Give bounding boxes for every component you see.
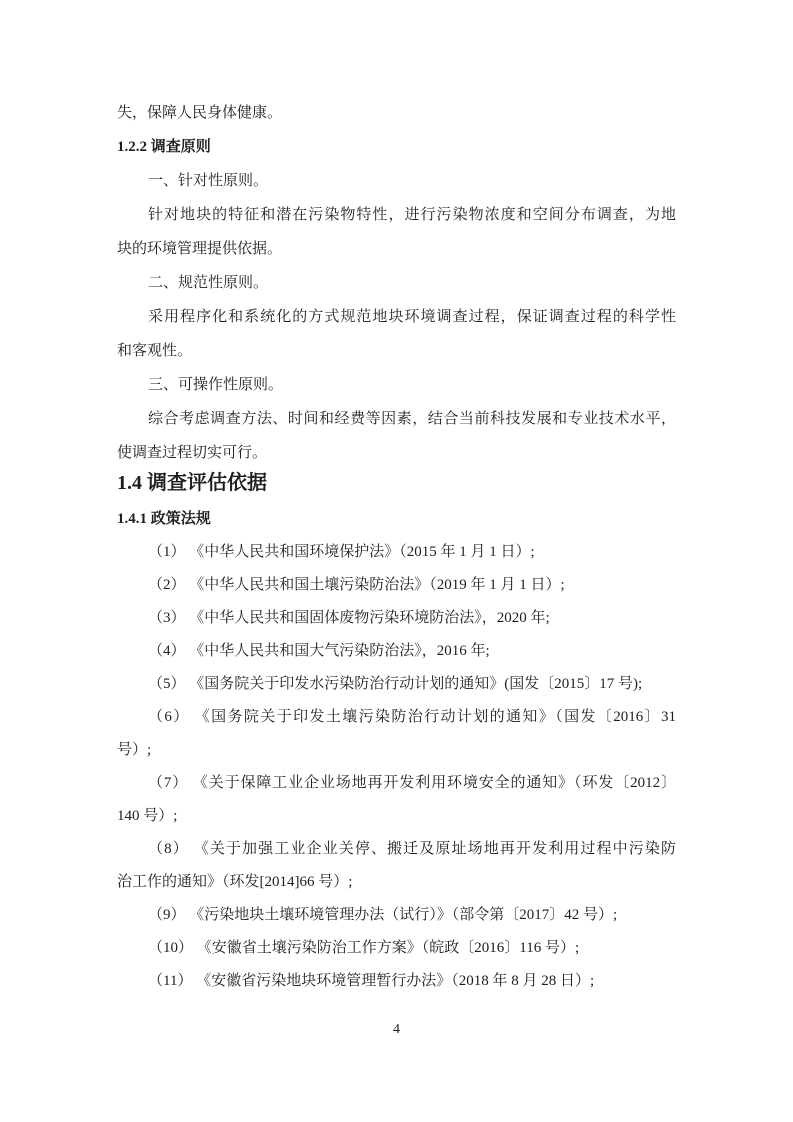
body-line: 针对地块的特征和潜在污染物特性，进行污染物浓度和空间分布调查，为地 [117, 198, 676, 232]
body-line: 和客观性。 [117, 334, 676, 368]
list-item: （10） 《安徽省土壤污染防治工作方案》（皖政〔2016〕116 号）; [117, 932, 676, 965]
list-item: （3） 《中华人民共和国固体废物污染环境防治法》，2020 年; [117, 602, 676, 635]
list-item: （2） 《中华人民共和国土壤污染防治法》（2019 年 1 月 1 日）; [117, 569, 676, 602]
body-line: 三、可操作性原则。 [117, 368, 676, 402]
list-item: （7） 《关于保障工业企业场地再开发利用环境安全的通知》（环发〔2012〕 [117, 767, 676, 800]
list-item: （1） 《中华人民共和国环境保护法》（2015 年 1 月 1 日）; [117, 536, 676, 569]
heading-1-2-2: 1.2.2 调查原则 [117, 130, 676, 164]
list-item-continued: 号）; [117, 734, 676, 767]
heading-1-4: 1.4 调查评估依据 [117, 464, 676, 502]
document-page: 失，保障人民身体健康。1.2.2 调查原则一、针对性原则。针对地块的特征和潜在污… [0, 0, 793, 1122]
list-item-continued: 治工作的通知》（环发[2014]66 号）; [117, 866, 676, 899]
list-item: （11） 《安徽省污染地块环境管理暂行办法》（2018 年 8 月 28 日）; [117, 965, 676, 998]
list-item: （6） 《国务院关于印发土壤污染防治行动计划的通知》（国发〔2016〕31 [117, 701, 676, 734]
body-line: 采用程序化和系统化的方式规范地块环境调查过程，保证调查过程的科学性 [117, 300, 676, 334]
body-line: 二、规范性原则。 [117, 266, 676, 300]
body-line: 失，保障人民身体健康。 [117, 96, 676, 130]
heading-1-4-1: 1.4.1 政策法规 [117, 502, 676, 536]
body-line: 一、针对性原则。 [117, 164, 676, 198]
content: 失，保障人民身体健康。1.2.2 调查原则一、针对性原则。针对地块的特征和潜在污… [117, 96, 676, 998]
body-line: 综合考虑调查方法、时间和经费等因素，结合当前科技发展和专业技术水平， [117, 402, 676, 436]
page-number: 4 [117, 1020, 676, 1040]
body-line: 块的环境管理提供依据。 [117, 232, 676, 266]
list-item: （5） 《国务院关于印发水污染防治行动计划的通知》(国发〔2015〕17 号); [117, 668, 676, 701]
list-item-continued: 140 号）; [117, 800, 676, 833]
list-item: （8） 《关于加强工业企业关停、搬迁及原址场地再开发利用过程中污染防 [117, 833, 676, 866]
list-item: （4） 《中华人民共和国大气污染防治法》，2016 年; [117, 635, 676, 668]
list-item: （9） 《污染地块土壤环境管理办法（试行）》（部令第〔2017〕42 号）; [117, 899, 676, 932]
